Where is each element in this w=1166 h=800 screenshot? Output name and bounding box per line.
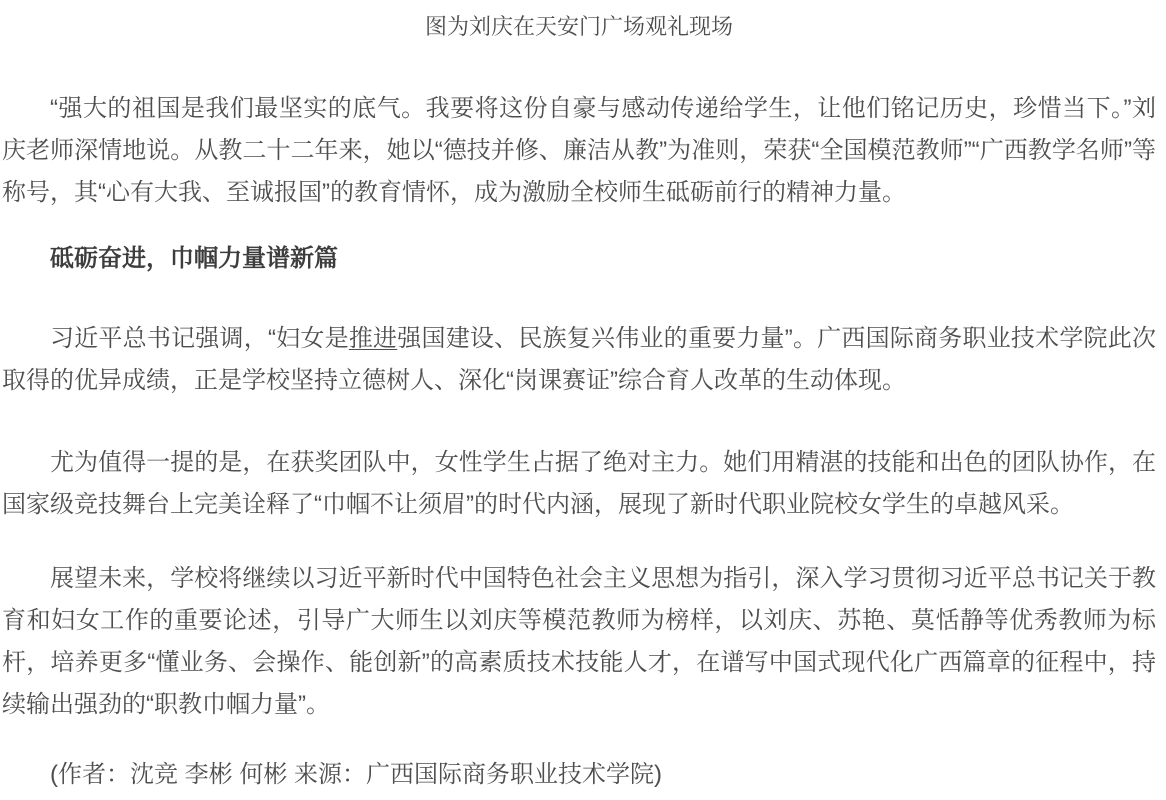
paragraph-female-students: 尤为值得一提的是，在获奖团队中，女性学生占据了绝对主力。她们用精湛的技能和出色的… bbox=[2, 442, 1156, 526]
paragraph-intro-quote: “强大的祖国是我们最坚实的底气。我要将这份自豪与感动传递给学生，让他们铭记历史，… bbox=[2, 88, 1156, 214]
image-caption: 图为刘庆在天安门广场观礼现场 bbox=[2, 12, 1156, 42]
author-source-line: (作者：沈竞 李彬 何彬 来源：广西国际商务职业技术学院) bbox=[2, 754, 1156, 796]
paragraph-outlook: 展望未来，学校将继续以习近平新时代中国特色社会主义思想为指引，深入学习贯彻习近平… bbox=[2, 558, 1156, 726]
underlined-term: 推进 bbox=[349, 325, 397, 352]
article-body: 图为刘庆在天安门广场观礼现场 “强大的祖国是我们最坚实的底气。我要将这份自豪与感… bbox=[0, 0, 1166, 796]
paragraph-quote-women-power: 习近平总书记强调，“妇女是推进强国建设、民族复兴伟业的重要力量”。广西国际商务职… bbox=[2, 318, 1156, 402]
section-heading: 砥砺奋进，巾帼力量谱新篇 bbox=[2, 242, 1156, 276]
paragraph-segment-pre: 习近平总书记强调，“妇女是 bbox=[50, 325, 349, 352]
